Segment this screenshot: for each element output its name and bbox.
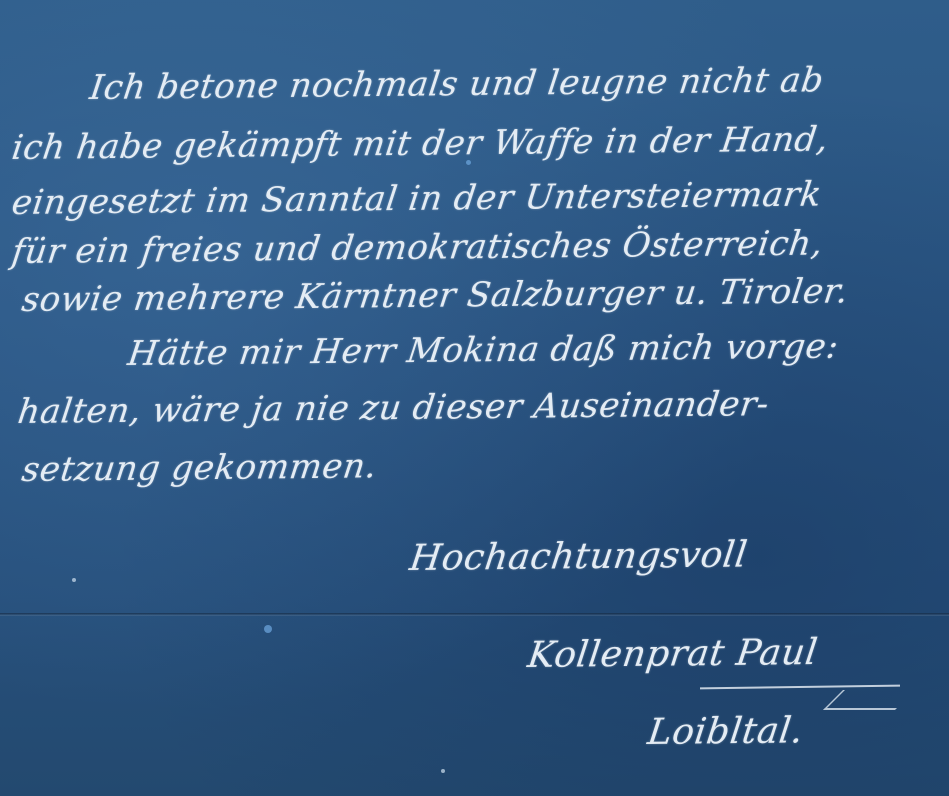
paper-fold-line	[0, 613, 949, 616]
signature-flourish	[823, 690, 915, 710]
letter-line-4: für ein freies und demokratisches Österr…	[9, 224, 825, 272]
letter-line-7: halten, wäre ja nie zu dieser Auseinande…	[15, 384, 771, 432]
letter-page: Ich betone nochmals und leugne nicht ab …	[0, 0, 949, 796]
letter-line-8: setzung gekommen.	[19, 446, 379, 490]
letter-line-1: Ich betone nochmals und leugne nicht ab	[87, 60, 826, 108]
signature-underline	[700, 685, 900, 690]
letter-line-3: eingesetzt im Sanntal in der Untersteier…	[9, 175, 824, 223]
letter-line-5: sowie mehrere Kärntner Salzburger u. Tir…	[19, 271, 850, 320]
letter-closing: Hochachtungsvoll	[407, 534, 749, 579]
letter-line-6: Hätte mir Herr Mokina daß mich vorge:	[125, 327, 841, 374]
paper-speck	[72, 578, 76, 582]
letter-line-2: ich habe gekämpft mit der Waffe in der H…	[9, 119, 830, 168]
paper-speck	[441, 769, 445, 773]
letter-place: Loibltal.	[645, 710, 806, 753]
paper-speck	[264, 625, 272, 633]
letter-signature: Kollenprat Paul	[525, 632, 820, 676]
